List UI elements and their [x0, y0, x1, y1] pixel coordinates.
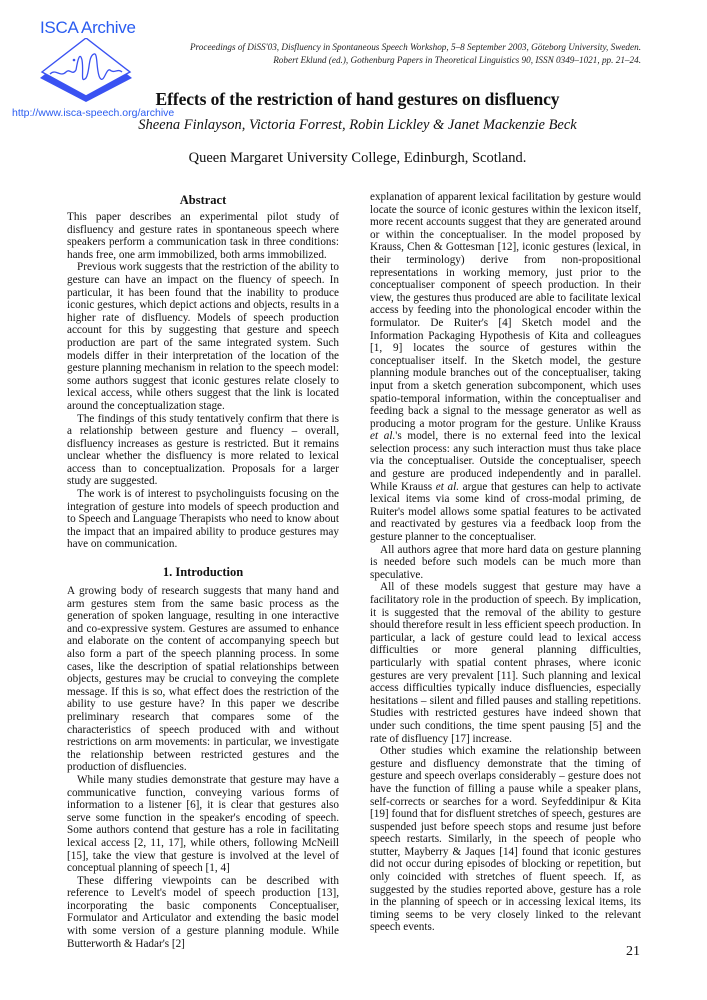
intro-paragraph: All authors agree that more hard data on… — [370, 544, 641, 582]
isca-archive-logo[interactable]: ISCA Archive http://www.isca-speech.org/… — [12, 18, 162, 128]
intro-paragraph-continued: explanation of apparent lexical facilita… — [370, 191, 641, 544]
introduction-heading: 1. Introduction — [67, 565, 339, 579]
abstract-heading: Abstract — [67, 193, 339, 207]
proceedings-line-1: Proceedings of DiSS'03, Disfluency in Sp… — [190, 41, 641, 54]
et-al-italic: et al. — [370, 430, 395, 442]
paper-title: Effects of the restriction of hand gestu… — [0, 89, 707, 110]
text-span: explanation of apparent lexical facilita… — [370, 191, 641, 430]
left-column: Abstract This paper describes an experim… — [67, 193, 339, 950]
intro-paragraph: While many studies demonstrate that gest… — [67, 774, 339, 875]
intro-paragraph: Other studies which examine the relation… — [370, 745, 641, 934]
abstract-paragraph: The work is of interest to psycholinguis… — [67, 488, 339, 551]
abstract-paragraph: Previous work suggests that the restrict… — [67, 261, 339, 412]
proceedings-header: Proceedings of DiSS'03, Disfluency in Sp… — [190, 41, 641, 67]
proceedings-line-2: Robert Eklund (ed.), Gothenburg Papers i… — [190, 54, 641, 67]
intro-paragraph: These differing viewpoints can be descri… — [67, 875, 339, 951]
paper-authors: Sheena Finlayson, Victoria Forrest, Robi… — [0, 117, 707, 134]
intro-paragraph: All of these models suggest that gesture… — [370, 581, 641, 745]
abstract-paragraph: The findings of this study tentatively c… — [67, 413, 339, 489]
et-al-italic: et al. — [436, 481, 459, 493]
paper-affiliation: Queen Margaret University College, Edinb… — [0, 150, 707, 167]
abstract-paragraph: This paper describes an experimental pil… — [67, 211, 339, 261]
right-column: explanation of apparent lexical facilita… — [370, 191, 641, 934]
logo-title: ISCA Archive — [40, 18, 136, 38]
intro-paragraph: A growing body of research suggests that… — [67, 585, 339, 774]
page-number: 21 — [626, 944, 640, 960]
